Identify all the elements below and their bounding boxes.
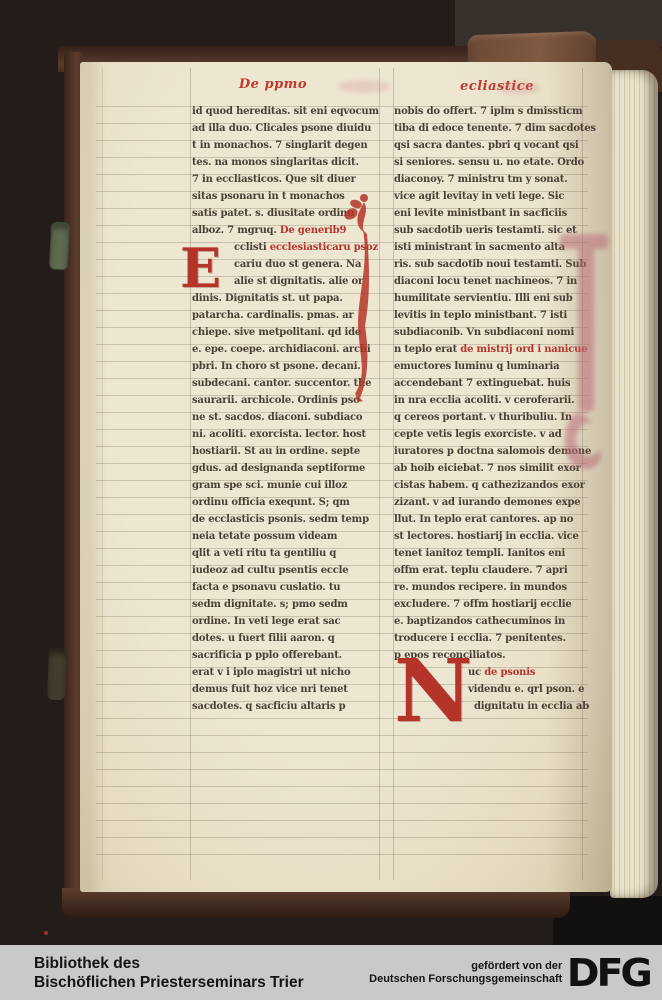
body-text: zizant. v ad iurando demones expe <box>394 497 580 508</box>
manuscript-line: ne st. sacdos. diaconi. subdiaco <box>192 412 384 429</box>
body-text: de ecclasticis psonis. sedm temp <box>192 514 369 525</box>
manuscript-line: qlit a veti ritu ta gentiliu q <box>192 548 384 565</box>
library-credit-line2: Bischöflichen Priesterseminars Trier <box>34 973 304 992</box>
manuscript-line: tenet ianitoz templi. Ianitos eni <box>394 548 588 565</box>
funding-text-line2: Deutschen Forschungsgemeinschaft <box>369 973 562 986</box>
body-text: satis patet. s. diusitate ordinu <box>192 208 354 219</box>
backdrop-speck <box>44 931 48 935</box>
manuscript-line: excludere. 7 offm hostiarij ecclie <box>394 599 588 616</box>
body-text: ab hoib eiciebat. 7 nos similit exor <box>394 463 581 474</box>
body-text: ad illa duo. Clicales psone diuidu <box>192 123 371 134</box>
body-text: n teplo erat <box>394 344 460 355</box>
body-text: diaconoy. 7 ministru tm y sonat. <box>394 174 567 185</box>
body-text: sacrificia p pplo offerebant. <box>192 650 342 661</box>
rubric-text: de psonis <box>484 667 535 678</box>
manuscript-line: neia tetate possum videam <box>192 531 384 548</box>
body-text: sedm dignitate. s; pmo sedm <box>192 599 348 610</box>
body-text: gdus. ad designanda septiforme <box>192 463 365 474</box>
body-text: st lectores. hostiarij in ecclia. vice <box>394 531 579 542</box>
funding-credit: gefördert von der Deutschen Forschungsge… <box>369 951 650 995</box>
body-text: cclisti <box>234 242 270 253</box>
funding-text-line1: gefördert von der <box>369 960 562 973</box>
page-fore-edges <box>610 70 658 898</box>
body-text: vice agit levitay in veti lege. Sic <box>394 191 564 202</box>
body-text: videndu e. qrl pson. e <box>468 684 584 695</box>
body-text: qlit a veti ritu ta gentiliu q <box>192 548 336 559</box>
manuscript-line: tes. na monos singlaritas dicit. <box>192 157 384 174</box>
decorated-initial-e: E <box>180 242 221 294</box>
body-text: alboz. 7 mgruq. <box>192 225 280 236</box>
manuscript-line: re. mundos recipere. in mundos <box>394 582 588 599</box>
body-text: dotes. u fuert filii aaron. q <box>192 633 335 644</box>
body-text: sitas psonaru in t monachos <box>192 191 345 202</box>
body-text: levitis in teplo ministbant. 7 isti <box>394 310 567 321</box>
manuscript-line: ordinu officia exequnt. S; qm <box>192 497 384 514</box>
body-text: demus fuit hoz vice nri tenet <box>192 684 348 695</box>
body-text: dignitatu in ecclia ab <box>474 701 589 712</box>
manuscript-line: llut. In teplo erat cantores. ap no <box>394 514 588 531</box>
manuscript-line: iudeoz ad cultu psentis eccle <box>192 565 384 582</box>
manuscript-line: sacdotes. q sacficiu altaris p <box>192 701 384 718</box>
body-text: cistas habem. q cathezizandos exor <box>394 480 585 491</box>
manuscript-line: facta e psonavu cuslatio. tu <box>192 582 384 599</box>
body-text: in nra ecclia acoliti. v ceroferarii. <box>394 395 574 406</box>
body-text: eni levite ministbant in sacficiis <box>394 208 567 219</box>
manuscript-line: erat v i iplo magistri ut nicho <box>192 667 384 684</box>
manuscript-line: gram spe sci. munie cui illoz <box>192 480 384 497</box>
manuscript-line: sedm dignitate. s; pmo sedm <box>192 599 384 616</box>
dfg-logo: DFG <box>567 951 650 995</box>
body-text: nobis do offert. 7 iplm s dmissticm <box>394 106 582 117</box>
library-credit-line1: Bibliothek des <box>34 954 304 973</box>
body-text: qsi sacra dantes. pbri q vocant qsi <box>394 140 579 151</box>
body-text: q cereos portant. v thuribuliu. In <box>394 412 572 423</box>
body-text: 7 in eccliasticos. Que sit diuer <box>192 174 356 185</box>
manuscript-line: sacrificia p pplo offerebant. <box>192 650 384 667</box>
running-title-left: De ppmo <box>198 77 348 92</box>
body-text: offm erat. teplu claudere. 7 apri <box>394 565 568 576</box>
ruling-vertical-line <box>102 68 103 880</box>
ruling-vertical-line <box>190 68 191 880</box>
manuscript-line: offm erat. teplu claudere. 7 apri <box>394 565 588 582</box>
manuscript-line: ni. acoliti. exorcista. lector. host <box>192 429 384 446</box>
running-title-right: ecliastice <box>422 79 572 94</box>
body-text: humilitate servientiu. Illi eni sub <box>394 293 573 304</box>
manuscript-photo: De ppmo ecliastice id quod hereditas. si… <box>0 0 662 1000</box>
body-text: pbri. In choro st psone. decani. <box>192 361 361 372</box>
ink-offset-smudge <box>338 80 390 93</box>
ink-offset-smudge <box>498 82 540 94</box>
manuscript-line: de ecclasticis psonis. sedm temp <box>192 514 384 531</box>
book-clasp-upper <box>49 222 70 271</box>
manuscript-line: ordine. In veti lege erat sac <box>192 616 384 633</box>
body-text: facta e psonavu cuslatio. tu <box>192 582 340 593</box>
body-text: iudeoz ad cultu psentis eccle <box>192 565 348 576</box>
body-text: sacdotes. q sacficiu altaris p <box>192 701 345 712</box>
body-text: ordine. In veti lege erat sac <box>192 616 340 627</box>
body-text: si seniores. sensu u. no etate. Ordo <box>394 157 584 168</box>
book-clasp-lower <box>47 648 67 701</box>
library-credit: Bibliothek des Bischöflichen Priestersem… <box>34 954 304 992</box>
body-text: erat v i iplo magistri ut nicho <box>192 667 350 678</box>
funding-text: gefördert von der Deutschen Forschungsge… <box>369 960 562 986</box>
body-text: e. baptizandos cathecuminos in <box>394 616 565 627</box>
body-text: tenet ianitoz templi. Ianitos eni <box>394 548 565 559</box>
pen-flourish-ornament <box>342 188 380 404</box>
decorated-initial-n: N <box>394 652 473 732</box>
manuscript-line: st lectores. hostiarij in ecclia. vice <box>394 531 588 548</box>
body-text: diaconi locu tenet nachineos. 7 in <box>394 276 577 287</box>
body-text: ni. acoliti. exorcista. lector. host <box>192 429 366 440</box>
manuscript-line: qsi sacra dantes. pbri q vocant qsi <box>394 140 588 157</box>
manuscript-line: ad illa duo. Clicales psone diuidu <box>192 123 384 140</box>
body-text: re. mundos recipere. in mundos <box>394 582 567 593</box>
body-text: ne st. sacdos. diaconi. subdiaco <box>192 412 362 423</box>
body-text: sub sacdotib ueris testamti. sic et <box>394 225 577 236</box>
manuscript-line: tiba di edoce tenente. 7 dim sacdotes <box>394 123 588 140</box>
footer-banner: Bibliothek des Bischöflichen Priestersem… <box>0 945 662 1000</box>
body-text: chiepe. sive metpolitani. qd ide <box>192 327 361 338</box>
manuscript-line: gdus. ad designanda septiforme <box>192 463 384 480</box>
manuscript-line: dotes. u fuert filii aaron. q <box>192 633 384 650</box>
ink-bleedthrough-initial <box>558 172 612 492</box>
body-text: emuctores luminu q luminaria <box>394 361 559 372</box>
manuscript-page: De ppmo ecliastice id quod hereditas. si… <box>80 62 612 892</box>
body-text: isti ministrant in sacmento alta <box>394 242 565 253</box>
body-text: accendebant 7 extinguebat. huis <box>394 378 570 389</box>
body-text: subdiaconib. Vn subdiaconi nomi <box>394 327 574 338</box>
body-text: llut. In teplo erat cantores. ap no <box>394 514 573 525</box>
body-text: id quod hereditas. sit eni eqvocum <box>192 106 379 117</box>
manuscript-line: hostiarii. St au in ordine. septe <box>192 446 384 463</box>
body-text: t in monachos. 7 singlarit degen <box>192 140 367 151</box>
body-text: tiba di edoce tenente. 7 dim sacdotes <box>394 123 596 134</box>
manuscript-line: id quod hereditas. sit eni eqvocum <box>192 106 384 123</box>
body-text: ordinu officia exequnt. S; qm <box>192 497 350 508</box>
body-text: cepte vetis legis exorciste. v ad <box>394 429 562 440</box>
rubric-text: De generib9 <box>280 225 346 236</box>
manuscript-line: zizant. v ad iurando demones expe <box>394 497 588 514</box>
book-cover-bottom-edge <box>62 888 570 918</box>
manuscript-line: demus fuit hoz vice nri tenet <box>192 684 384 701</box>
body-text: saurarii. archicole. Ordinis pso <box>192 395 360 406</box>
body-text: excludere. 7 offm hostiarij ecclie <box>394 599 572 610</box>
manuscript-line: e. baptizandos cathecuminos in <box>394 616 588 633</box>
manuscript-line: nobis do offert. 7 iplm s dmissticm <box>394 106 588 123</box>
body-text: patarcha. cardinalis. pmas. ar <box>192 310 354 321</box>
manuscript-line: t in monachos. 7 singlarit degen <box>192 140 384 157</box>
body-text: hostiarii. St au in ordine. septe <box>192 446 360 457</box>
body-text: neia tetate possum videam <box>192 531 337 542</box>
body-text: tes. na monos singlaritas dicit. <box>192 157 359 168</box>
body-text: gram spe sci. munie cui illoz <box>192 480 347 491</box>
